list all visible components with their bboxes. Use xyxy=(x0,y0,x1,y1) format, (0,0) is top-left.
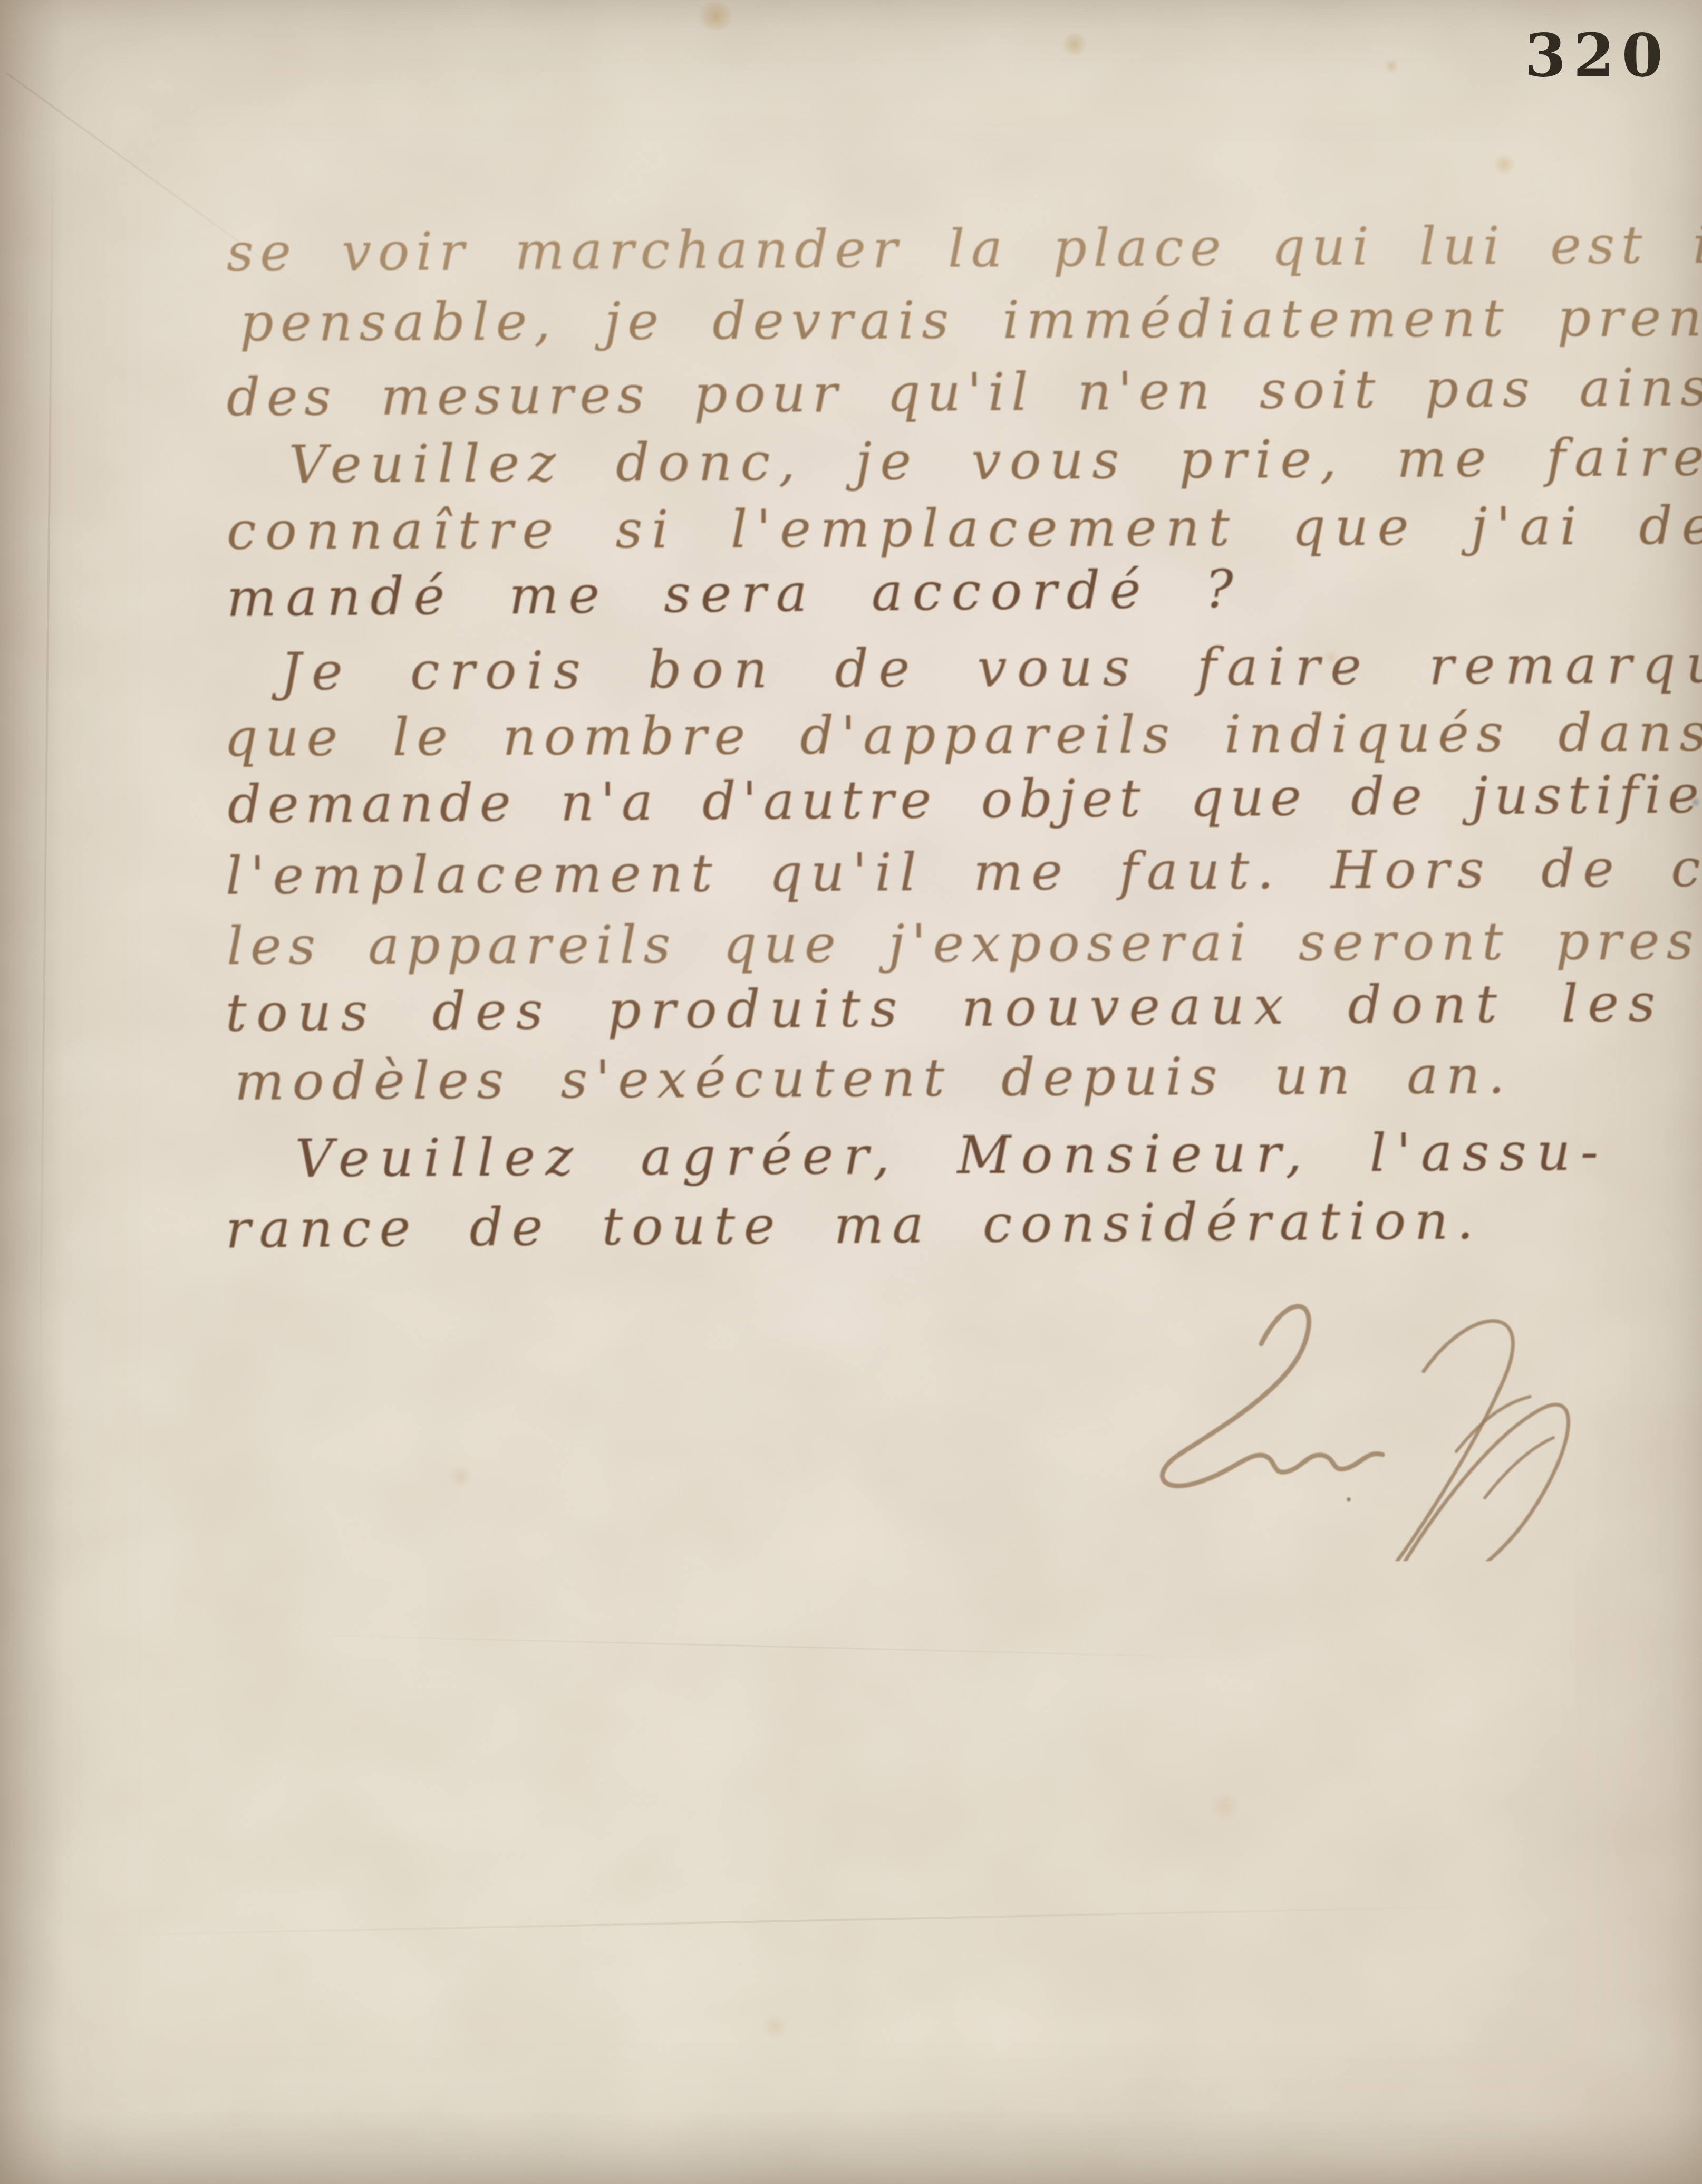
fox-stain xyxy=(1322,650,1340,665)
paper-crease xyxy=(38,116,54,1435)
scan-vignette xyxy=(0,0,1702,2184)
handwritten-line: pensable, je devrais immédiatement prend… xyxy=(240,286,1702,353)
handwritten-line: connaître si l'emplacement que j'ai de- xyxy=(227,495,1702,562)
page-edge-shadow xyxy=(0,2110,1702,2184)
handwritten-line: Veuillez agréer, Monsieur, l'assu- xyxy=(295,1121,1608,1189)
fox-stain xyxy=(1207,1793,1242,1819)
fox-stain xyxy=(364,592,386,610)
page-edge-shadow xyxy=(0,0,63,2184)
handwritten-line: les appareils que j'exposerai seront pre… xyxy=(227,909,1702,977)
handwritten-line: des mesures pour qu'il n'en soit pas ain… xyxy=(226,356,1702,428)
ink-speck xyxy=(1346,1497,1352,1502)
paper-grain xyxy=(0,0,1702,2184)
handwritten-line: mandé me sera accordé ? xyxy=(226,558,1243,629)
fox-stain xyxy=(1384,59,1399,73)
handwritten-line: modèles s'exécutent depuis un an. xyxy=(234,1044,1513,1112)
paper-crease xyxy=(84,1905,1507,1937)
fox-stain xyxy=(1491,154,1517,175)
handwritten-line: rance de toute ma considération. xyxy=(225,1189,1482,1260)
handwritten-line: l'emplacement qu'il me faut. Hors de cel… xyxy=(225,836,1702,907)
fox-stain xyxy=(1060,33,1089,56)
paper-crease xyxy=(264,1633,1265,1659)
handwritten-line: Je crois bon de vous faire remarquer xyxy=(280,633,1702,703)
handwritten-line: Veuillez donc, je vous prie, me faire xyxy=(288,426,1702,495)
paper-crease xyxy=(6,72,331,310)
fox-stain xyxy=(695,2,736,31)
page-number: 320 xyxy=(1525,21,1670,90)
handwritten-line: tous des produits nouveaux dont les xyxy=(225,972,1665,1044)
handwritten-line: demande n'a d'autre objet que de justifi… xyxy=(227,763,1702,835)
blue-speck xyxy=(1691,795,1700,809)
signature-flourish xyxy=(1128,1276,1613,1561)
letter-page: 320 se voir marchander la place qui lui … xyxy=(0,0,1702,2184)
fox-stain xyxy=(448,1466,473,1486)
fox-stain xyxy=(759,2015,791,2038)
handwritten-line: que le nombre d'appareils indiqués dans … xyxy=(224,701,1702,768)
handwritten-line: se voir marchander la place qui lui est … xyxy=(226,213,1702,283)
